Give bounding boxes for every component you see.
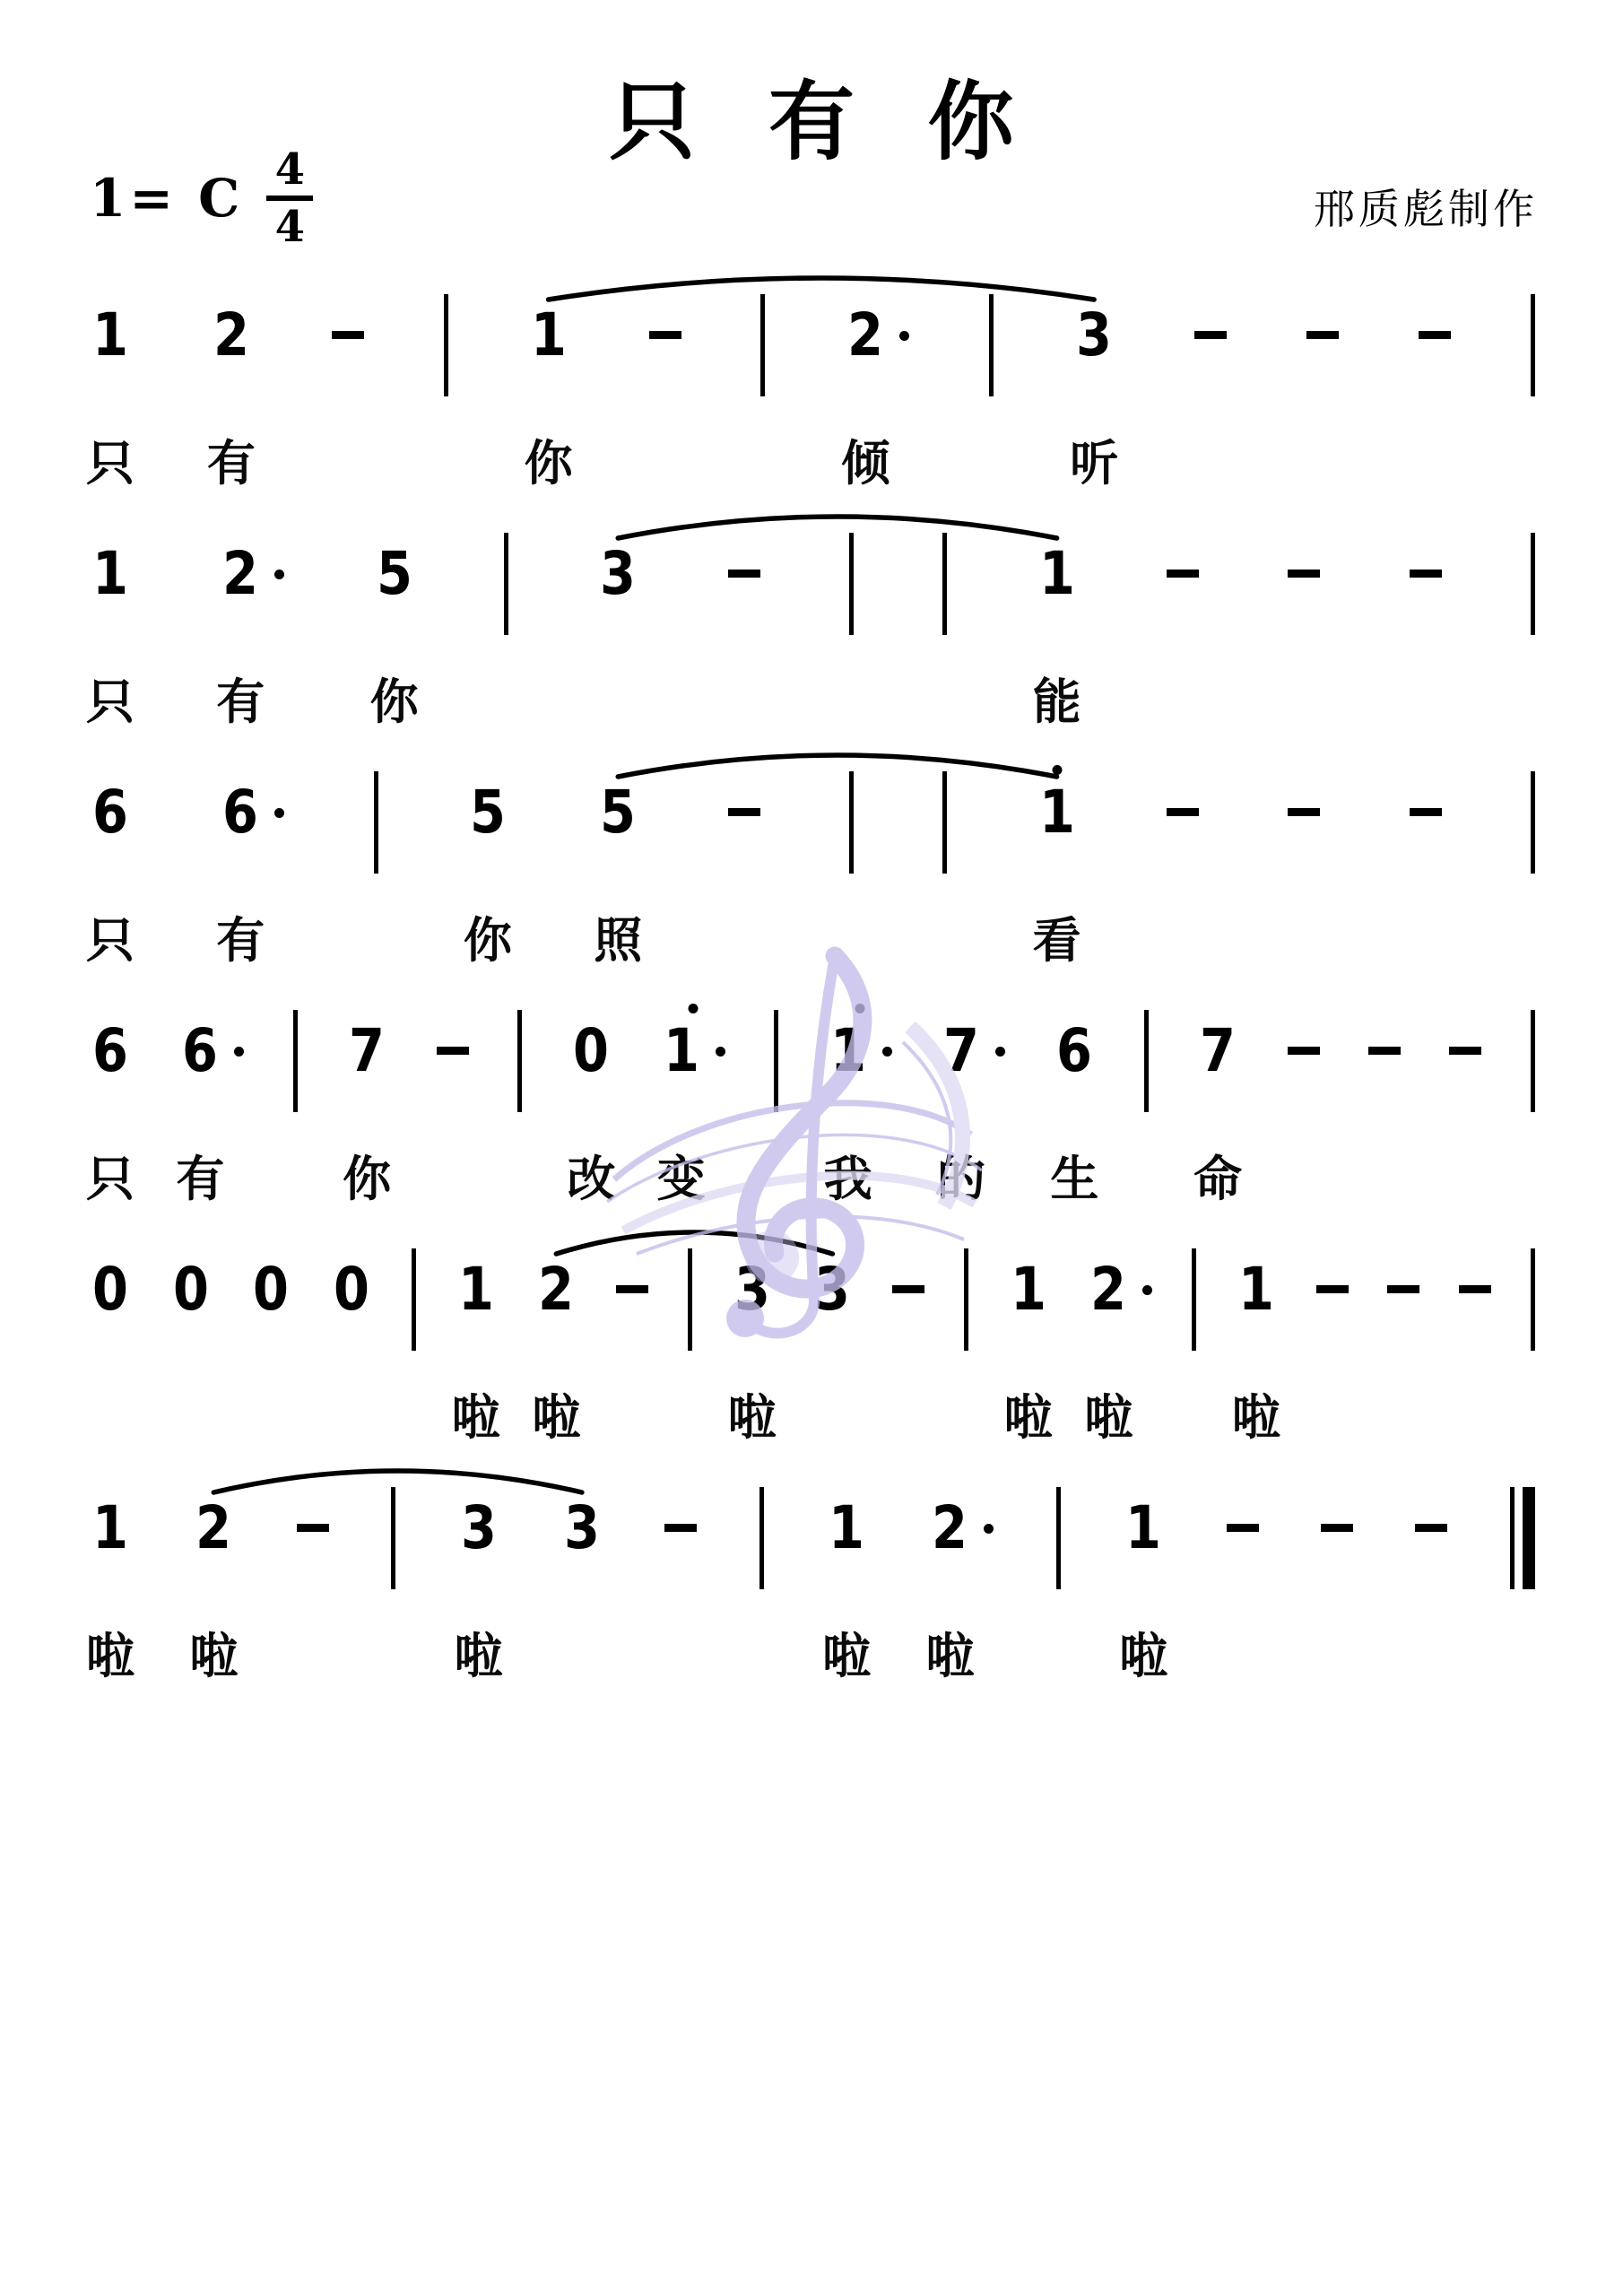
lyric-syllable: 听	[1070, 425, 1118, 494]
lyrics-row: 啦啦啦啦啦啦	[90, 1618, 1535, 1681]
note-digit: 5	[470, 780, 506, 845]
lyric-syllable: 啦	[822, 1618, 871, 1687]
augmentation-dot	[234, 1047, 244, 1057]
lyric-syllable: 你	[525, 425, 573, 494]
tie-layer	[90, 253, 1535, 305]
note-digit: 2	[847, 303, 883, 368]
note: 1	[826, 1496, 867, 1561]
duration-dash	[649, 331, 681, 339]
note-digit: 7	[1200, 1019, 1236, 1083]
note: 1	[90, 1496, 131, 1561]
barline	[504, 533, 508, 635]
note: 3	[811, 1257, 853, 1322]
octave-up-dot	[1052, 765, 1062, 775]
barline	[444, 294, 448, 396]
rest-note: 0	[250, 1257, 291, 1322]
octave-up-dot	[855, 1004, 864, 1013]
lyrics-row: 只有你倾听	[90, 425, 1535, 488]
notes-row: 66551	[90, 780, 1535, 874]
note: 1	[661, 1019, 725, 1083]
duration-dash	[1321, 1524, 1353, 1532]
duration-dash	[1410, 808, 1442, 816]
barline	[1531, 1248, 1535, 1351]
note: 1	[1236, 1257, 1277, 1322]
duration-dash	[332, 331, 364, 339]
note: 1	[1037, 780, 1078, 845]
augmentation-dot	[274, 570, 284, 579]
lyric-syllable: 的	[937, 1141, 985, 1210]
note-digit: 6	[182, 1019, 218, 1083]
time-signature: 4 4	[266, 148, 313, 248]
final-barline-thick	[1523, 1487, 1535, 1589]
note-digit: 2	[538, 1257, 574, 1322]
time-signature-denominator: 4	[275, 205, 305, 248]
note-digit: 0	[173, 1257, 209, 1322]
key-signature: 1= C	[90, 168, 243, 229]
note: 6	[220, 780, 284, 845]
credit: 邢质彪制作	[1314, 177, 1538, 236]
lyric-syllable: 你	[343, 1141, 391, 1210]
duration-dash	[616, 1285, 648, 1293]
lyric-syllable: 啦	[1232, 1379, 1280, 1448]
lyric-syllable: 变	[657, 1141, 706, 1210]
augmentation-dot	[882, 1047, 892, 1057]
duration-dash	[1288, 1047, 1320, 1055]
duration-dash	[1368, 1047, 1401, 1055]
notes-row: 1233121	[90, 1496, 1535, 1589]
music-line: 667011767只有你改变我的生命	[90, 1019, 1535, 1257]
lyric-syllable: 生	[1050, 1141, 1098, 1210]
note-digit: 1	[1238, 1257, 1274, 1322]
duration-dash	[1227, 1524, 1259, 1532]
lyrics-row: 只有你照看	[90, 902, 1535, 965]
lyric-syllable: 能	[1033, 664, 1081, 733]
note: 6	[1054, 1019, 1095, 1083]
duration-dash	[1194, 331, 1227, 339]
duration-dash	[1167, 570, 1199, 578]
note: 3	[1073, 303, 1115, 368]
note-digit: 5	[377, 542, 412, 606]
lyrics-row: 啦啦啦啦啦啦	[90, 1379, 1535, 1442]
note-digit: 3	[461, 1496, 497, 1561]
barline	[412, 1248, 416, 1351]
barline	[942, 771, 947, 874]
note-digit: 1	[829, 1496, 864, 1561]
augmentation-dot	[716, 1047, 725, 1057]
note-digit: 1	[531, 303, 567, 368]
note: 2	[845, 303, 909, 368]
note: 6	[90, 780, 131, 845]
note: 5	[597, 780, 638, 845]
note-digit: 6	[1056, 1019, 1092, 1083]
augmentation-dot	[274, 808, 284, 818]
header-meta-row: 1= C 4 4 邢质彪制作	[90, 148, 1538, 248]
note: 7	[1197, 1019, 1238, 1083]
note: 1	[828, 1019, 892, 1083]
barline	[942, 533, 947, 635]
final-barline-thin	[1510, 1487, 1515, 1589]
music-block: 12123只有你倾听12531只有你能66551只有你照看667011767只有…	[90, 303, 1535, 1735]
barline	[293, 1010, 298, 1112]
note-digit: 1	[830, 1019, 866, 1083]
lyric-syllable: 照	[594, 902, 642, 971]
lyric-syllable: 只	[86, 425, 135, 494]
note: 6	[179, 1019, 244, 1083]
rest-note: 0	[570, 1019, 612, 1083]
note-digit: 3	[734, 1257, 770, 1322]
barline	[1144, 1010, 1149, 1112]
note-digit: 6	[222, 780, 258, 845]
note: 2	[929, 1496, 994, 1561]
barline	[1531, 533, 1535, 635]
duration-dash	[1288, 570, 1320, 578]
note-digit: 2	[932, 1496, 968, 1561]
duration-dash	[1387, 1285, 1419, 1293]
lyrics-row: 只有你改变我的生命	[90, 1141, 1535, 1204]
music-line: 66551只有你照看	[90, 780, 1535, 1019]
note-digit: 0	[573, 1019, 609, 1083]
duration-dash	[1316, 1285, 1349, 1293]
lyric-syllable: 啦	[1084, 1379, 1133, 1448]
barline	[517, 1010, 522, 1112]
lyric-syllable: 有	[216, 902, 265, 971]
rest-note: 0	[90, 1257, 131, 1322]
duration-dash	[1419, 331, 1451, 339]
note: 3	[732, 1257, 773, 1322]
note: 1	[1037, 542, 1078, 606]
time-signature-bar	[266, 196, 313, 201]
barline	[1531, 771, 1535, 874]
duration-dash	[1167, 808, 1199, 816]
note: 1	[90, 303, 131, 368]
notes-row: 12123	[90, 303, 1535, 396]
note-digit: 2	[1090, 1257, 1126, 1322]
note: 2	[193, 1496, 234, 1561]
augmentation-dot	[899, 331, 909, 341]
music-line: 00001233121啦啦啦啦啦啦	[90, 1257, 1535, 1496]
note-digit: 1	[92, 1496, 128, 1561]
lyric-syllable: 命	[1193, 1141, 1242, 1210]
note: 2	[1088, 1257, 1152, 1322]
rest-note: 0	[170, 1257, 212, 1322]
octave-up-dot	[688, 1004, 698, 1013]
note: 1	[456, 1257, 497, 1322]
lyric-syllable: 只	[86, 1141, 135, 1210]
notes-row: 667011767	[90, 1019, 1535, 1112]
key-time-signature: 1= C 4 4	[90, 148, 313, 248]
lyric-syllable: 你	[464, 902, 512, 971]
augmentation-dot	[995, 1047, 1005, 1057]
barline	[374, 771, 378, 874]
duration-dash	[728, 808, 760, 816]
barline	[849, 771, 854, 874]
barline	[1531, 294, 1535, 396]
barline	[989, 294, 994, 396]
note: 6	[90, 1019, 131, 1083]
barline	[1056, 1487, 1061, 1589]
final-barline	[1510, 1487, 1535, 1589]
music-line: 1233121啦啦啦啦啦啦	[90, 1496, 1535, 1735]
note-digit: 1	[664, 1019, 699, 1083]
note: 5	[374, 542, 415, 606]
notes-row: 12531	[90, 542, 1535, 635]
duration-dash	[728, 570, 760, 578]
duration-dash	[1288, 808, 1320, 816]
note-digit: 0	[253, 1257, 289, 1322]
lyrics-row: 只有你能	[90, 664, 1535, 726]
duration-dash	[664, 1524, 697, 1532]
note-digit: 3	[1076, 303, 1112, 368]
barline	[391, 1487, 395, 1589]
lyric-syllable: 看	[1033, 902, 1081, 971]
note-digit: 3	[814, 1257, 850, 1322]
note-digit: 1	[1039, 780, 1075, 845]
note-digit: 0	[92, 1257, 128, 1322]
duration-dash	[437, 1047, 469, 1055]
lyric-syllable: 啦	[452, 1379, 500, 1448]
lyric-syllable: 我	[824, 1141, 872, 1210]
barline	[774, 1010, 778, 1112]
note: 1	[90, 542, 131, 606]
lyric-syllable: 啦	[86, 1618, 135, 1687]
duration-dash	[1410, 570, 1442, 578]
lyric-syllable: 啦	[189, 1618, 238, 1687]
augmentation-dot	[984, 1524, 994, 1534]
duration-dash	[1459, 1285, 1491, 1293]
barline	[759, 1487, 764, 1589]
note: 3	[561, 1496, 603, 1561]
lyric-syllable: 啦	[1004, 1379, 1053, 1448]
lyric-syllable: 你	[370, 664, 419, 733]
augmentation-dot	[1142, 1285, 1152, 1295]
note-digit: 6	[92, 1019, 128, 1083]
note-digit: 7	[943, 1019, 979, 1083]
barline	[849, 533, 854, 635]
tie-arc	[549, 278, 1095, 300]
lyric-syllable: 倾	[841, 425, 890, 494]
note: 1	[528, 303, 569, 368]
note-digit: 1	[92, 303, 128, 368]
note: 2	[211, 303, 252, 368]
note-digit: 1	[92, 542, 128, 606]
note-digit: 7	[349, 1019, 385, 1083]
time-signature-numerator: 4	[275, 148, 305, 191]
note-digit: 2	[213, 303, 249, 368]
duration-dash	[1415, 1524, 1447, 1532]
note: 7	[346, 1019, 387, 1083]
music-line: 12531只有你能	[90, 542, 1535, 780]
note-digit: 5	[600, 780, 636, 845]
note-digit: 3	[600, 542, 636, 606]
duration-dash	[1449, 1047, 1481, 1055]
barline	[760, 294, 765, 396]
note: 3	[458, 1496, 499, 1561]
note: 5	[467, 780, 508, 845]
duration-dash	[297, 1524, 329, 1532]
lyric-syllable: 只	[86, 664, 135, 733]
note-digit: 3	[564, 1496, 600, 1561]
note: 1	[1123, 1496, 1164, 1561]
note-digit: 1	[1039, 542, 1075, 606]
rest-note: 0	[331, 1257, 372, 1322]
lyric-syllable: 啦	[1119, 1618, 1167, 1687]
notes-row: 00001233121	[90, 1257, 1535, 1351]
lyric-syllable: 啦	[728, 1379, 777, 1448]
barline	[964, 1248, 968, 1351]
lyric-syllable: 有	[207, 425, 256, 494]
lyric-syllable: 有	[176, 1141, 224, 1210]
note: 1	[1008, 1257, 1049, 1322]
duration-dash	[1306, 331, 1339, 339]
note: 2	[535, 1257, 577, 1322]
note-digit: 2	[222, 542, 258, 606]
lyric-syllable: 啦	[455, 1618, 503, 1687]
lyric-syllable: 有	[216, 664, 265, 733]
note-digit: 1	[1011, 1257, 1046, 1322]
barline	[1531, 1010, 1535, 1112]
lyric-syllable: 啦	[925, 1618, 974, 1687]
duration-dash	[892, 1285, 924, 1293]
barline	[1192, 1248, 1196, 1351]
note: 2	[220, 542, 284, 606]
lyric-syllable: 只	[86, 902, 135, 971]
sheet-page: 只有你 1= C 4 4 邢质彪制作 12123只有你倾听12531只有你能66…	[0, 0, 1623, 2296]
note-digit: 0	[334, 1257, 369, 1322]
note-digit: 1	[1125, 1496, 1161, 1561]
lyric-syllable: 啦	[532, 1379, 580, 1448]
note-digit: 1	[458, 1257, 494, 1322]
barline	[688, 1248, 692, 1351]
lyric-syllable: 改	[567, 1141, 615, 1210]
music-line: 12123只有你倾听	[90, 303, 1535, 542]
note-digit: 2	[195, 1496, 231, 1561]
note: 3	[597, 542, 638, 606]
note-digit: 6	[92, 780, 128, 845]
note: 7	[941, 1019, 1005, 1083]
